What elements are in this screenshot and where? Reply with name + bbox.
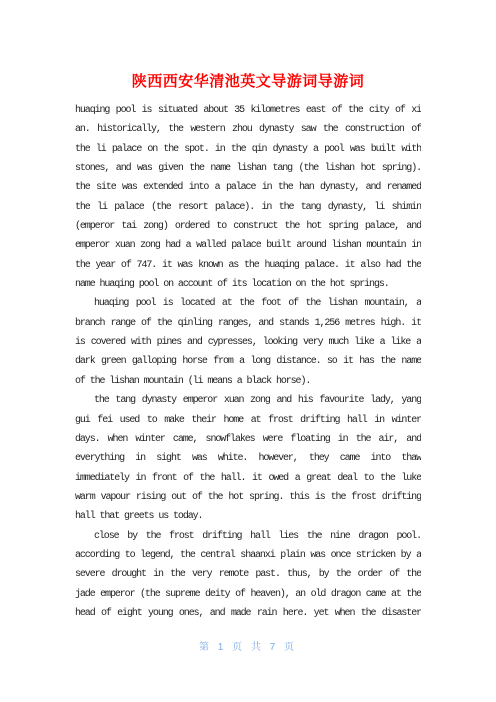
body-line: hall that greets us today.: [75, 507, 421, 526]
body-line: gui fei used to make their home at frost…: [75, 411, 421, 430]
body-line: immediately in front of the hall. it owe…: [75, 469, 421, 488]
body-line: severe drought in the very remote past. …: [75, 565, 421, 584]
body-line: (emperor tai zong) ordered to construct …: [75, 217, 421, 236]
body-line: an. historically, the western zhou dynas…: [75, 120, 421, 139]
body-line: warm vapour rising out of the hot spring…: [75, 488, 421, 507]
body-line: jade emperor (the supreme deity of heave…: [75, 585, 421, 604]
body-line: everything in sight was white. however, …: [75, 449, 421, 468]
body-line: days. when winter came, snowflakes were …: [75, 430, 421, 449]
body-line: stones, and was given the name lishan ta…: [75, 159, 421, 178]
body-line: huaqing pool is situated about 35 kilome…: [75, 101, 421, 120]
document-page: 陕西西安华清池英文导游词导游词 huaqing pool is situated…: [0, 0, 496, 702]
body-line: the site was extended into a palace in t…: [75, 178, 421, 197]
body-line: the li palace (the resort palace). in th…: [75, 198, 421, 217]
body-line: dark green galloping horse from a long d…: [75, 352, 421, 371]
body-line: huaqing pool is located at the foot of t…: [75, 294, 421, 313]
document-body: huaqing pool is situated about 35 kilome…: [75, 101, 421, 623]
body-line: the li palace on the spot. in the qin dy…: [75, 140, 421, 159]
body-line: head of eight young ones, and made rain …: [75, 604, 421, 623]
document-title: 陕西西安华清池英文导游词导游词: [0, 70, 496, 91]
page-number-label: 第 1 页 共 7 页: [199, 642, 297, 653]
body-line: emperor xuan zong had a walled palace bu…: [75, 236, 421, 255]
body-line: of the lishan mountain (li means a black…: [75, 372, 421, 391]
body-line: name huaqing pool on account of its loca…: [75, 275, 421, 294]
body-line: is covered with pines and cypresses, loo…: [75, 333, 421, 352]
body-line: according to legend, the central shaanxi…: [75, 546, 421, 565]
body-line: the tang dynasty emperor xuan zong and h…: [75, 391, 421, 410]
body-line: the year of 747. it was known as the hua…: [75, 256, 421, 275]
body-line: close by the frost drifting hall lies th…: [75, 527, 421, 546]
body-line: branch range of the qinling ranges, and …: [75, 314, 421, 333]
page-footer: 第 1 页 共 7 页: [0, 638, 496, 653]
